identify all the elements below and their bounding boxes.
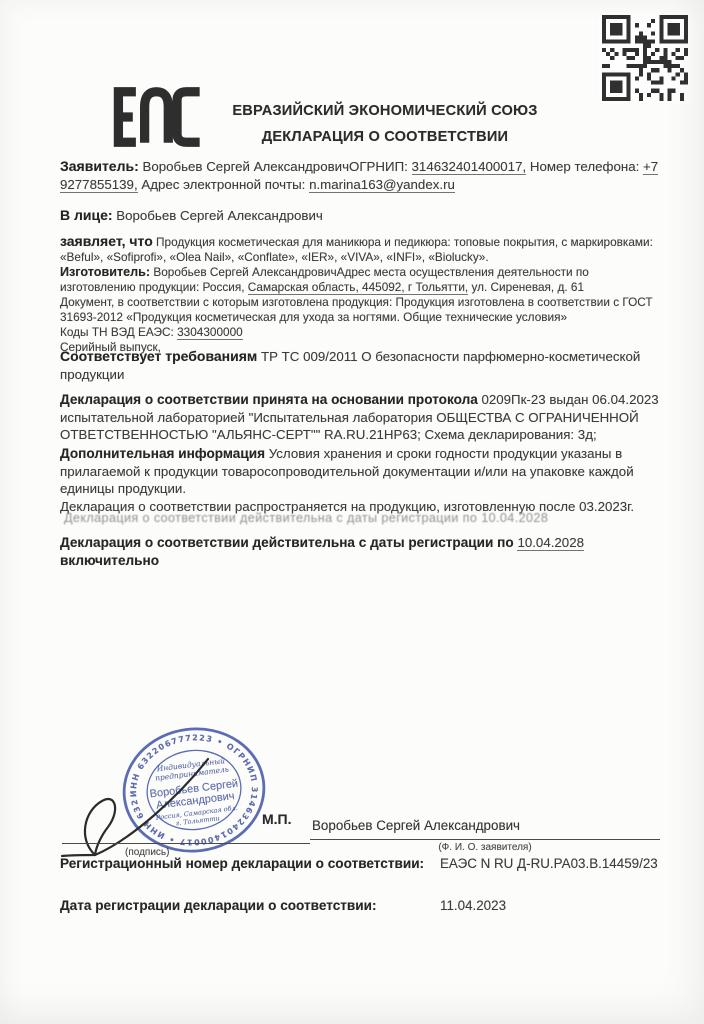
registration-date-row: Дата регистрации декларации о соответств… <box>60 898 660 913</box>
conforms-label: Соответствует требованиям <box>60 348 257 364</box>
applicant-paragraph: Заявитель: Воробьев Сергей Александрович… <box>60 158 660 193</box>
validity-pre: Декларация о соответствии действительна … <box>60 535 517 550</box>
declares-label: заявляет, что <box>60 233 153 249</box>
validity-post: включительно <box>60 553 159 568</box>
conforms-paragraph: Соответствует требованиям ТР ТС 009/2011… <box>60 348 660 383</box>
fio-name: Воробьев Сергей Александрович <box>312 818 520 833</box>
handwritten-signature <box>50 735 320 865</box>
production-document-line: Документ, в соответствии с которым изгот… <box>60 295 653 324</box>
manufacturer-label: Изготовитель: <box>60 265 150 279</box>
tnved-code: 3304300000 <box>177 325 243 340</box>
bleedthrough-ghost-text: Декларация о соответствии действительна … <box>64 511 548 525</box>
phone-label: Номер телефона: <box>526 159 643 174</box>
fio-line <box>310 839 660 840</box>
applicant-name: Воробьев Сергей АлександровичОГРНИП: <box>139 159 412 174</box>
basis-paragraph: Декларация о соответствии принята на осн… <box>60 391 660 444</box>
person-name: Воробьев Сергей Александрович <box>113 208 323 223</box>
stamp-place-label: М.П. <box>262 811 292 827</box>
person-label: В лице: <box>60 207 113 223</box>
doc-title: ДЕКЛАРАЦИЯ О СООТВЕТСТВИИ <box>80 129 690 145</box>
registration-date-label: Дата регистрации декларации о соответств… <box>60 898 377 913</box>
declares-paragraph: заявляет, что Продукция косметическая дл… <box>60 234 660 355</box>
qr-code <box>599 13 691 103</box>
tnved-label: Коды ТН ВЭД ЕАЭС: <box>60 325 177 339</box>
basis-label: Декларация о соответствии принята на осн… <box>60 392 478 407</box>
email-label: Адрес электронной почты: <box>138 177 309 192</box>
registration-number-label: Регистрационный номер декларации о соотв… <box>60 856 424 871</box>
applicant-label: Заявитель: <box>60 158 139 174</box>
signature-line <box>62 843 310 844</box>
additional-label: Дополнительная информация <box>60 446 265 461</box>
manufacturer-address-rest: ул. Сиреневая, д. 61 <box>468 280 584 294</box>
validity-paragraph: Декларация о соответствии действительна … <box>60 534 660 569</box>
registration-date-value: 11.04.2023 <box>440 898 506 913</box>
applicant-email: n.marina163@yandex.ru <box>309 177 455 193</box>
union-title: ЕВРАЗИЙСКИЙ ЭКОНОМИЧЕСКИЙ СОЮЗ <box>80 103 690 119</box>
person-paragraph: В лице: Воробьев Сергей Александрович <box>60 207 660 225</box>
validity-date: 10.04.2028 <box>517 535 584 551</box>
declaration-document: ЕВРАЗИЙСКИЙ ЭКОНОМИЧЕСКИЙ СОЮЗ ДЕКЛАРАЦИ… <box>0 0 704 1024</box>
additional-paragraph: Дополнительная информация Условия хранен… <box>60 445 660 515</box>
manufacturer-address-underlined: Самарская область, 445092, г Тольятти, <box>248 280 468 295</box>
registration-number-value: ЕАЭС N RU Д-RU.РА03.В.14459/23 <box>440 856 658 871</box>
registration-number-row: Регистрационный номер декларации о соотв… <box>60 856 660 871</box>
applicant-ogrnip: 314632401400017, <box>412 159 527 175</box>
fio-caption: (Ф. И. О. заявителя) <box>310 842 660 853</box>
